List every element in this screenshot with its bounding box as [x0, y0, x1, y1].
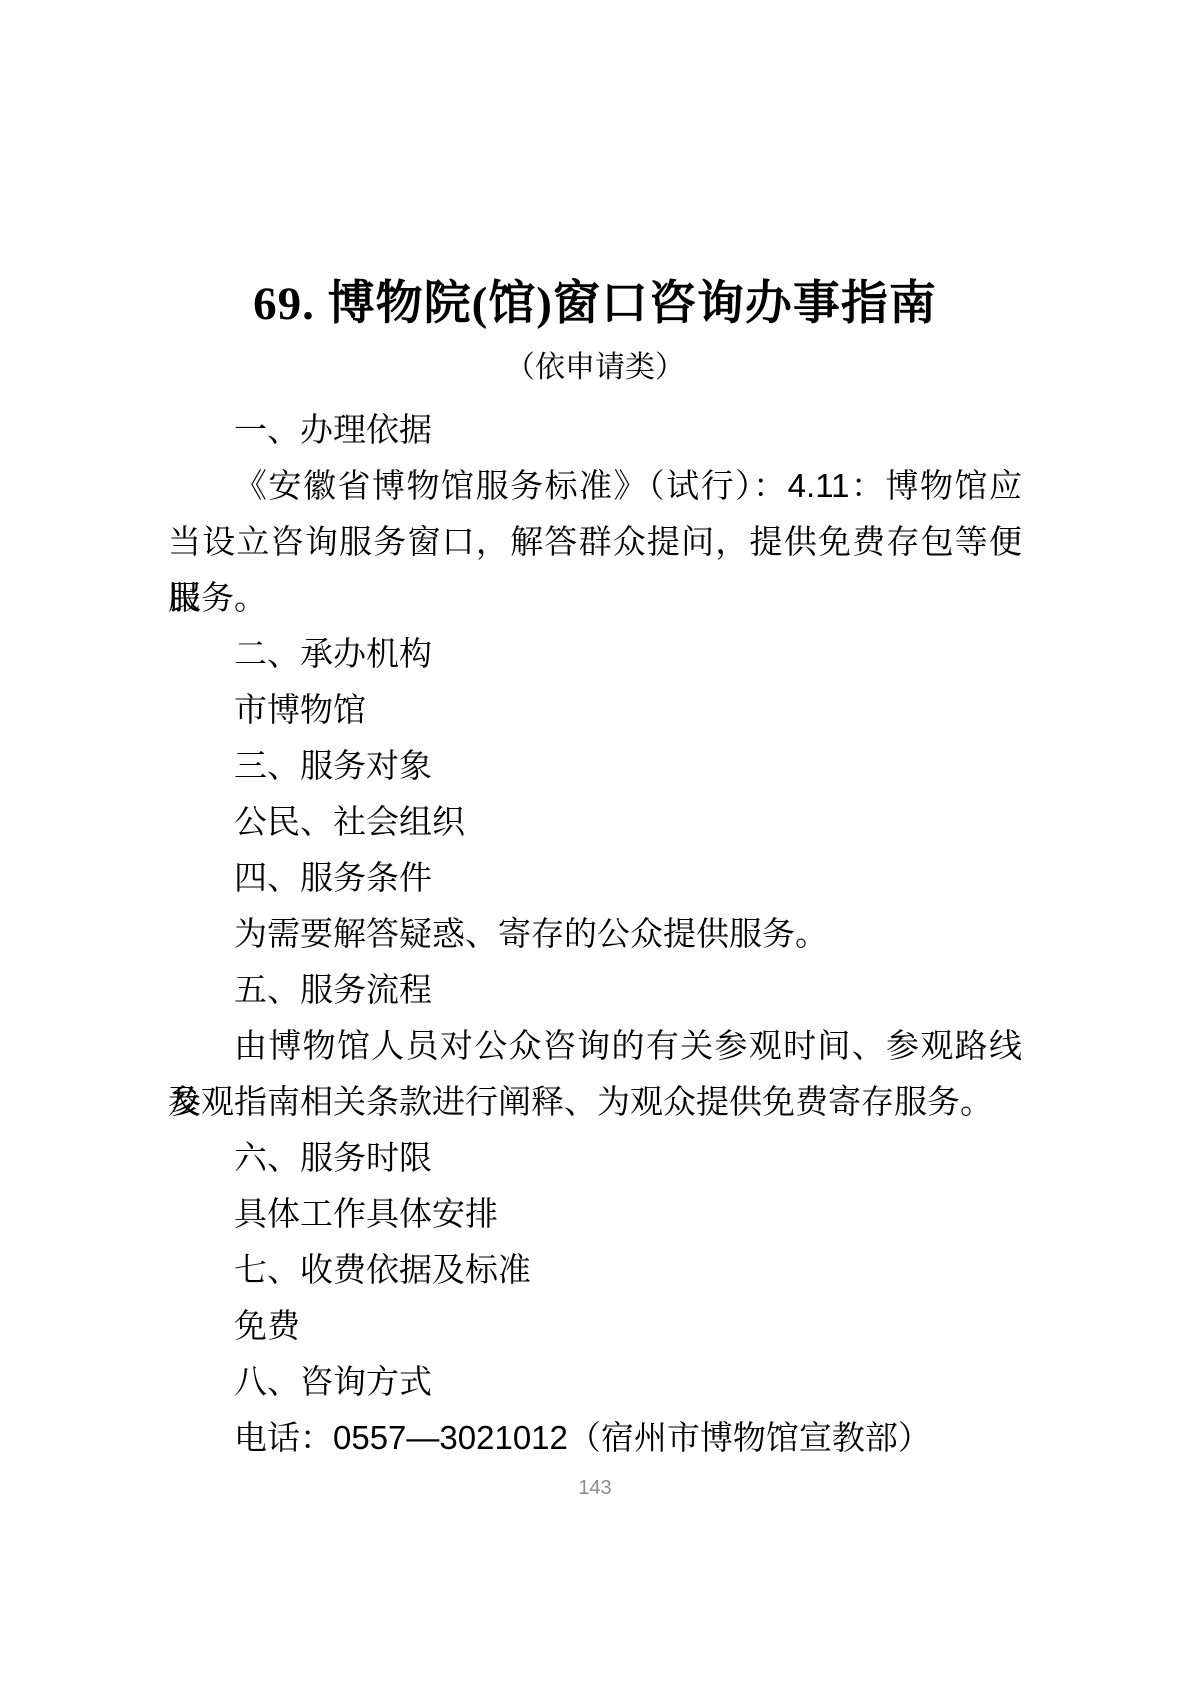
section-heading: 三、服务对象	[168, 738, 1022, 794]
body-line: 为需要解答疑惑、寄存的公众提供服务。	[168, 906, 1022, 962]
body-line: 服务。	[168, 570, 1022, 626]
document-page: 69. 博物院(馆)窗口咨询办事指南 （依申请类） 一、办理依据《安徽省博物馆服…	[0, 0, 1190, 1683]
body-line: 《安徽省博物馆服务标准》（试行）：4.11：博物馆应	[168, 458, 1022, 514]
section-heading: 二、承办机构	[168, 626, 1022, 682]
body-line: 电话：0557—3021012（宿州市博物馆宣教部）	[168, 1410, 1022, 1466]
body-line: 由博物馆人员对公众咨询的有关参观时间、参观路线及	[168, 1018, 1022, 1074]
document-subtitle: （依申请类）	[168, 348, 1022, 388]
section-heading: 八、咨询方式	[168, 1354, 1022, 1410]
document-body: 一、办理依据《安徽省博物馆服务标准》（试行）：4.11：博物馆应当设立咨询服务窗…	[168, 402, 1022, 1466]
document-title: 69. 博物院(馆)窗口咨询办事指南	[168, 278, 1022, 330]
body-line: 参观指南相关条款进行阐释、为观众提供免费寄存服务。	[168, 1074, 1022, 1130]
section-heading: 一、办理依据	[168, 402, 1022, 458]
body-line: 免费	[168, 1298, 1022, 1354]
page-number: 143	[0, 1476, 1190, 1500]
body-line: 当设立咨询服务窗口，解答群众提问，提供免费存包等便民	[168, 514, 1022, 570]
section-heading: 五、服务流程	[168, 962, 1022, 1018]
section-heading: 七、收费依据及标准	[168, 1242, 1022, 1298]
section-heading: 六、服务时限	[168, 1130, 1022, 1186]
body-line: 具体工作具体安排	[168, 1186, 1022, 1242]
body-line: 公民、社会组织	[168, 794, 1022, 850]
section-heading: 四、服务条件	[168, 850, 1022, 906]
body-line: 市博物馆	[168, 682, 1022, 738]
document-content: 69. 博物院(馆)窗口咨询办事指南 （依申请类） 一、办理依据《安徽省博物馆服…	[0, 0, 1190, 1466]
